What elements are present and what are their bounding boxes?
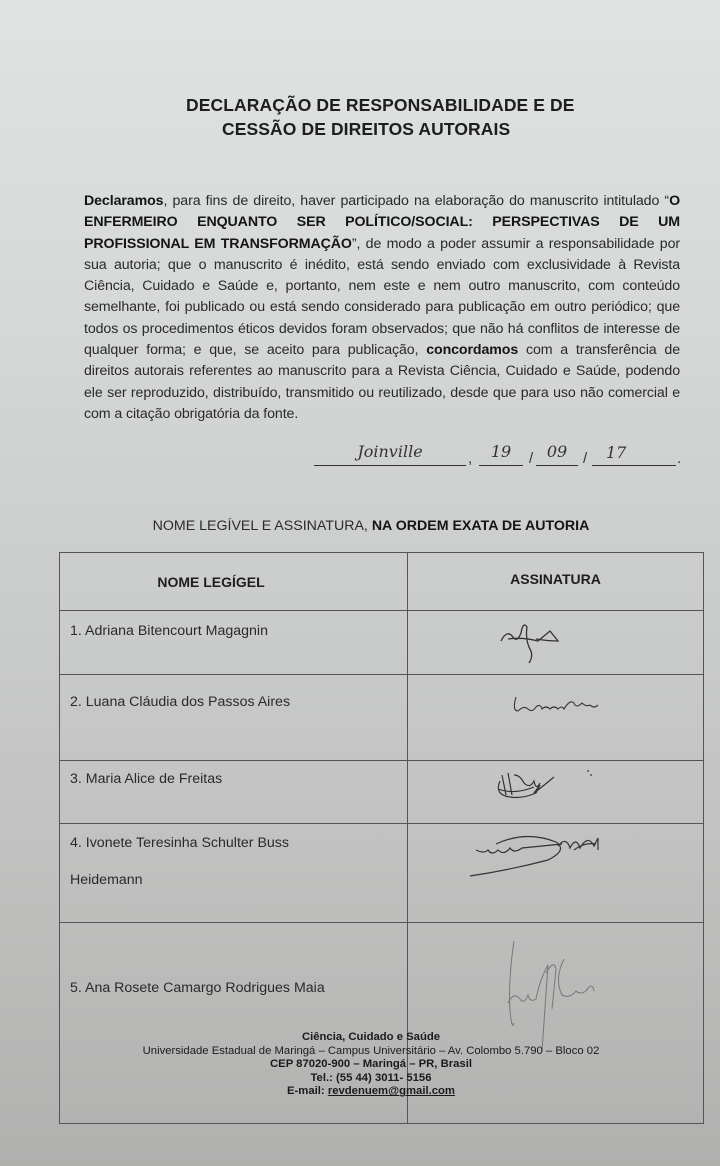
author-name: 2. Luana Cláudia dos Passos Aires — [60, 675, 408, 761]
body-part-1: , para fins de direito, haver participad… — [163, 193, 669, 209]
author-name: 1. Adriana Bitencourt Magagnin — [60, 611, 408, 675]
header-signature: ASSINATURA — [408, 553, 704, 611]
signature-icon — [408, 675, 720, 743]
day-field: 19 — [479, 441, 523, 466]
journal-cep: CEP 87020-900 – Maringá – PR, Brasil — [22, 1058, 720, 1072]
signature-cell — [408, 611, 704, 675]
author-name-continued: Heidemann — [70, 870, 407, 890]
title-line-2: CESSÃO DE DIREITOS AUTORAIS — [0, 117, 720, 141]
city-field: Joinville — [314, 441, 466, 466]
journal-footer: Ciência, Cuidado e Saúde Universidade Es… — [0, 1031, 720, 1099]
email-label: E-mail: — [287, 1085, 328, 1097]
slash-separator: / — [583, 450, 587, 467]
signature-cell — [408, 824, 704, 923]
header-name: NOME LEGÍGEL — [60, 553, 408, 611]
table-row: 4. Ivonete Teresinha Schulter BussHeidem… — [60, 824, 704, 923]
table-row: 1. Adriana Bitencourt Magagnin — [60, 611, 704, 675]
author-name-text: 4. Ivonete Teresinha Schulter Buss — [70, 833, 407, 853]
declaramos-bold: Declaramos — [84, 193, 163, 209]
signature-icon — [408, 824, 720, 913]
body-part-2: ”, de modo a poder assumir a responsabil… — [84, 236, 680, 358]
author-name-text: 2. Luana Cláudia dos Passos Aires — [70, 692, 407, 712]
table-row: 3. Maria Alice de Freitas — [60, 761, 704, 824]
title-line-1: DECLARAÇÃO DE RESPONSABILIDADE E DE — [0, 93, 720, 117]
year-field: 17 — [592, 442, 676, 466]
caption-bold: NA ORDEM EXATA DE AUTORIA — [372, 518, 590, 534]
signature-cell — [408, 761, 704, 824]
journal-address: Universidade Estadual de Maringá – Campu… — [22, 1045, 720, 1059]
table-row: 2. Luana Cláudia dos Passos Aires — [60, 675, 704, 761]
signature-icon — [408, 611, 720, 664]
signature-icon — [408, 761, 720, 815]
signature-cell — [408, 675, 704, 761]
author-name-text: 3. Maria Alice de Freitas — [70, 769, 407, 789]
journal-email-line: E-mail: revdenuem@gmail.com — [22, 1085, 720, 1099]
concordamos-bold: concordamos — [426, 342, 518, 358]
journal-phone: Tel.: (55 44) 3011- 5156 — [22, 1072, 720, 1086]
slash-separator: / — [529, 450, 533, 467]
author-name: 4. Ivonete Teresinha Schulter BussHeidem… — [60, 824, 408, 923]
author-name-text: 1. Adriana Bitencourt Magagnin — [70, 621, 407, 641]
caption-regular: NOME LEGÍVEL E ASSINATURA, — [153, 518, 372, 534]
document-title: DECLARAÇÃO DE RESPONSABILIDADE E DE CESS… — [0, 93, 720, 141]
declaration-paragraph: Declaramos, para fins de direito, haver … — [84, 191, 680, 425]
month-field: 09 — [536, 441, 578, 466]
author-name-text: 5. Ana Rosete Camargo Rodrigues Maia — [70, 978, 407, 998]
period: . — [677, 450, 681, 467]
journal-name: Ciência, Cuidado e Saúde — [22, 1031, 720, 1045]
comma-separator: , — [468, 450, 472, 467]
table-header-row: NOME LEGÍGEL ASSINATURA — [60, 553, 704, 611]
email-link[interactable]: revdenuem@gmail.com — [328, 1085, 455, 1097]
author-name: 3. Maria Alice de Freitas — [60, 761, 408, 824]
table-caption: NOME LEGÍVEL E ASSINATURA, NA ORDEM EXAT… — [0, 518, 720, 534]
place-date-line: Joinville , 19 / 09 / 17 . — [314, 442, 694, 472]
